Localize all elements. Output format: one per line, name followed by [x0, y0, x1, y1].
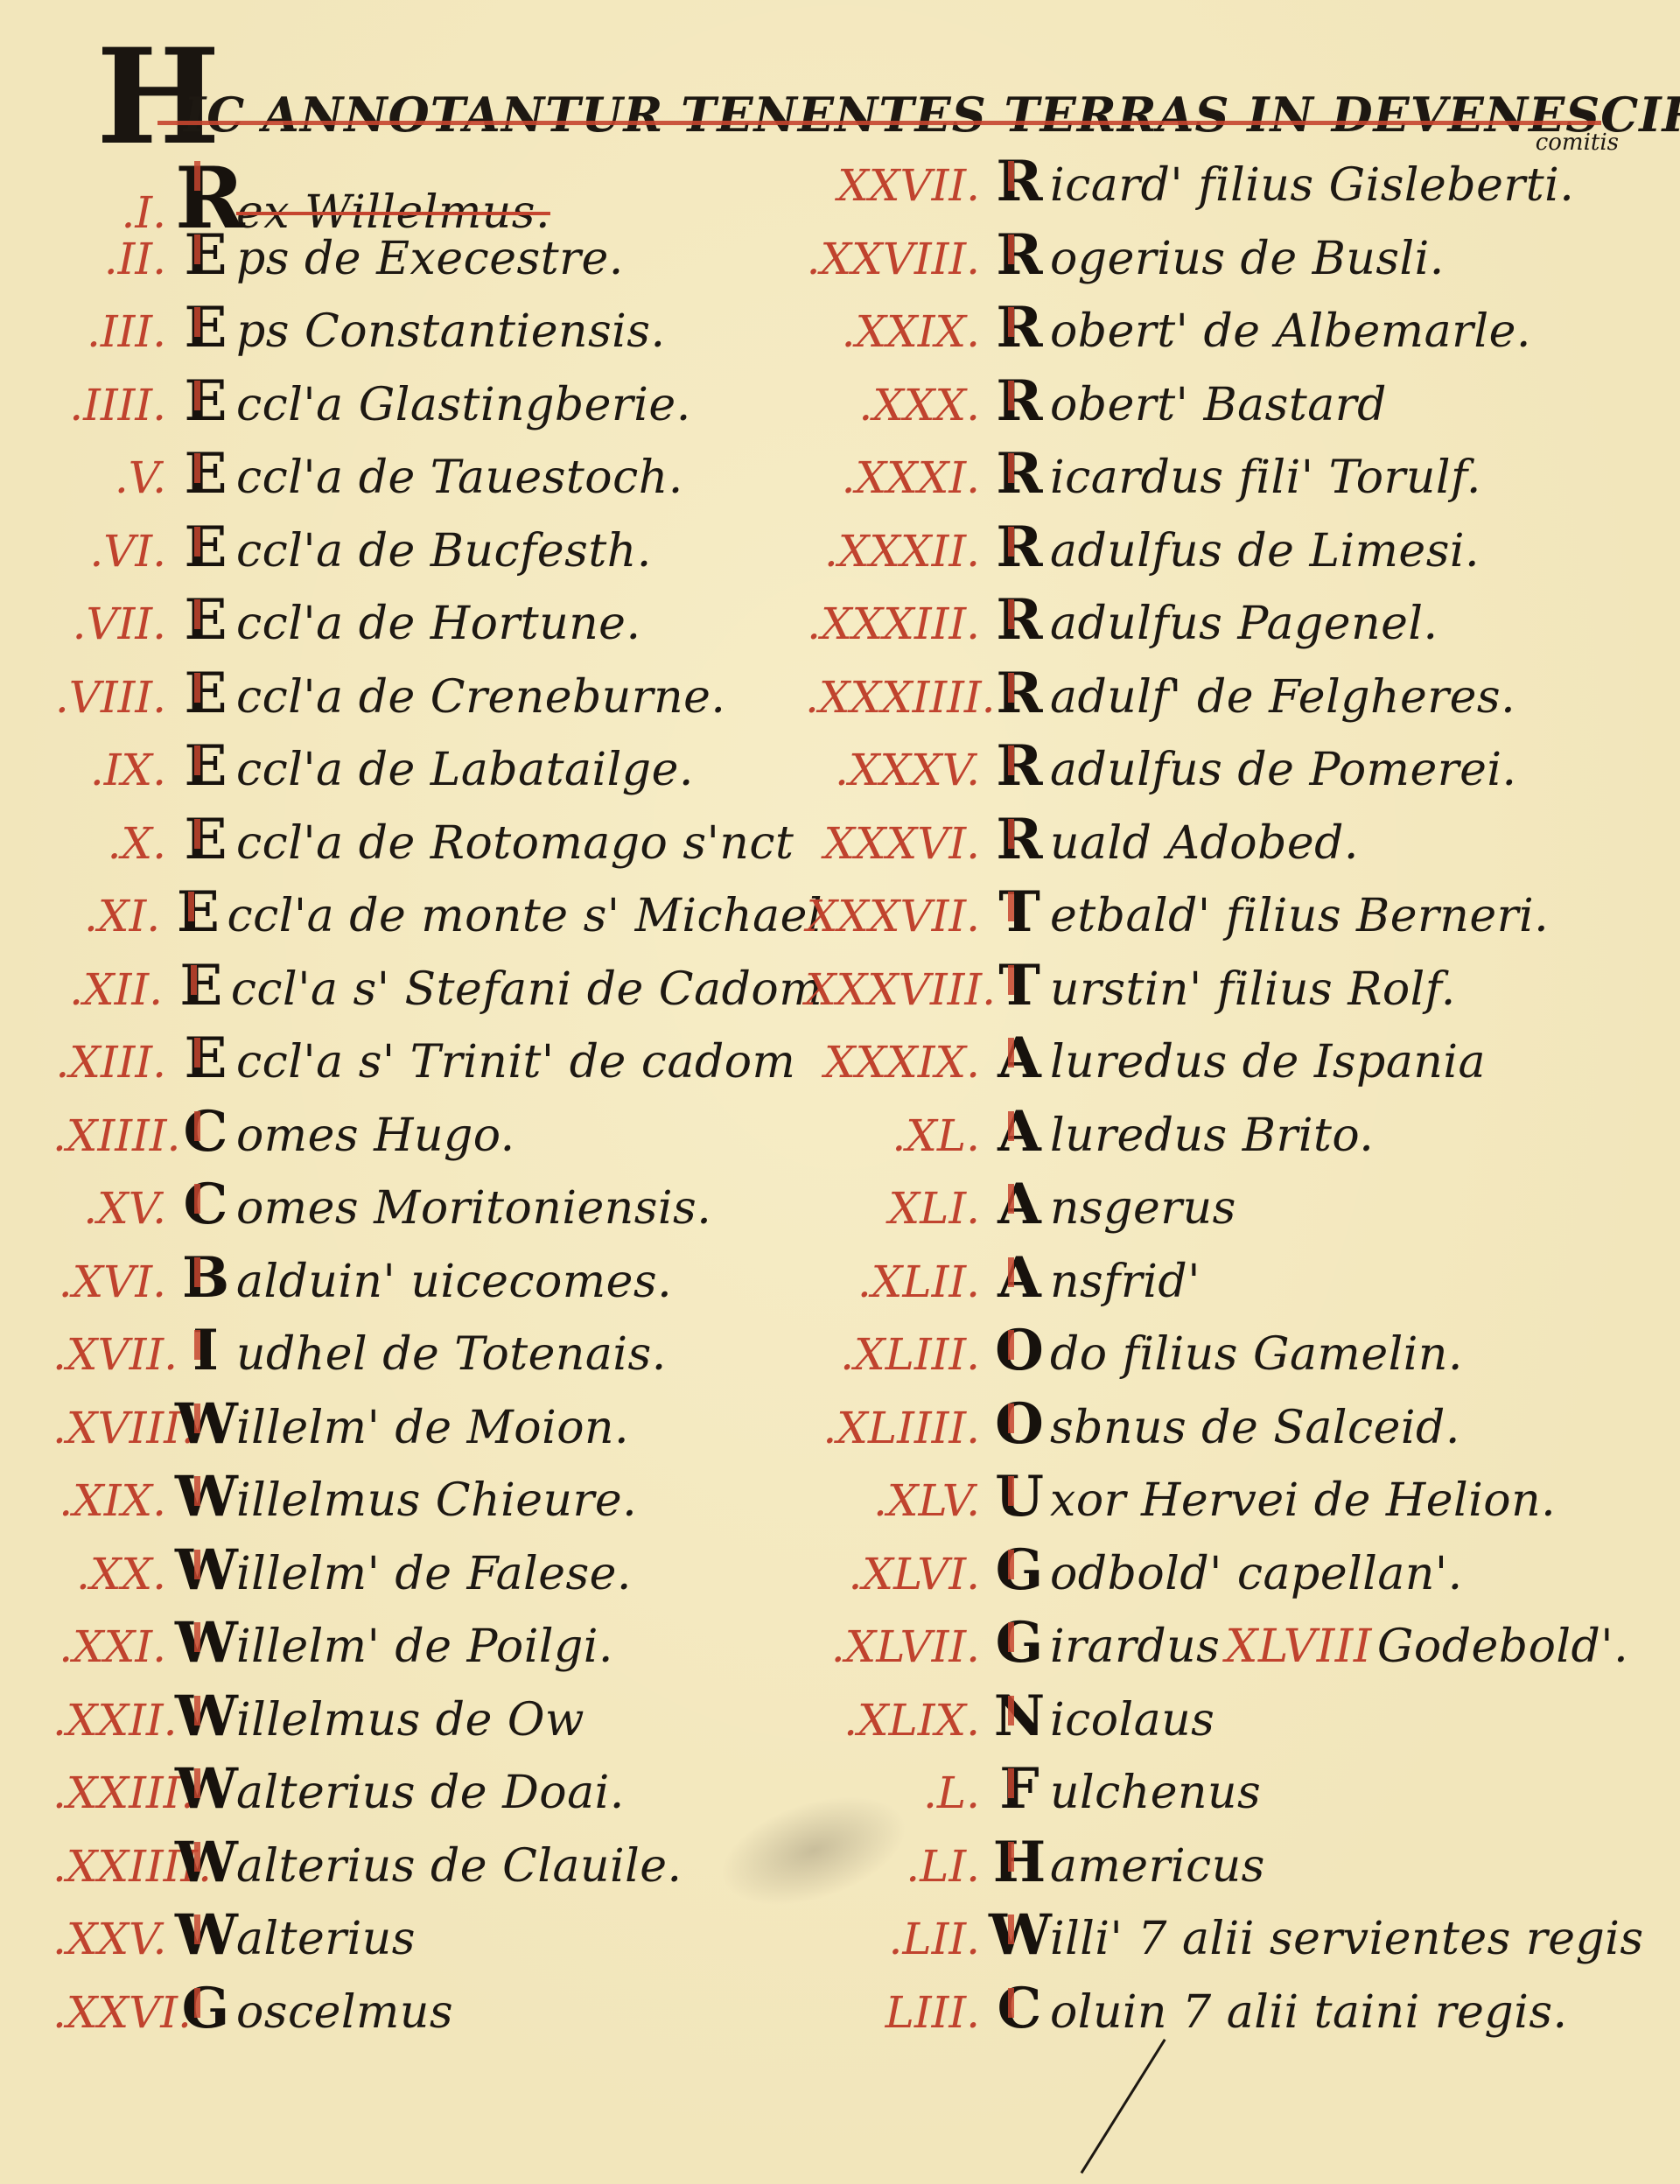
initial-letter: O — [989, 1318, 1050, 1383]
tenant-name: luredus de Ispania — [1050, 1036, 1486, 1088]
initial-letter: E — [175, 514, 236, 580]
tenant-name: alterius — [236, 1913, 416, 1965]
tenant-name: adulfus de Limesi. — [1050, 525, 1480, 577]
list-entry: XXXVII.Tetbald' filius Berneri. — [805, 879, 1645, 953]
roman-numeral: .III. — [52, 306, 175, 357]
tenant-name: illelm' de Moion. — [236, 1402, 629, 1454]
list-entry: .XII.Eccl'a s' Stefani de Cadom — [52, 953, 822, 1026]
tenant-name-secondary: Godebold'. — [1377, 1620, 1628, 1673]
list-entry: .XIII.Eccl'a s' Trinit' de cadom — [52, 1025, 822, 1099]
initial-letter: G — [175, 1976, 236, 2041]
list-entry: .XL.Aluredus Brito. — [805, 1099, 1645, 1172]
tenant-name: ccl'a de Bucfesth. — [236, 525, 652, 577]
tenant-name: urstin' filius Rolf. — [1050, 963, 1456, 1016]
right-column: XXVII.Ricard' filius Gisleberti.comitis.… — [805, 149, 1645, 2048]
list-entry: .VIII.Eccl'a de Creneburne. — [52, 661, 822, 734]
roman-numeral: .XXXII. — [805, 526, 989, 577]
initial-letter: R — [989, 587, 1050, 653]
roman-numeral: .VII. — [52, 598, 175, 649]
list-entry: .XLVII.GirardusXLVIIIGodebold'. — [805, 1610, 1645, 1683]
tenant-name: odbold' capellan'. — [1050, 1548, 1463, 1600]
initial-letter: A — [989, 1099, 1050, 1165]
list-entry: .XV.Comes Moritoniensis. — [52, 1172, 822, 1245]
tenant-name: ccl'a s' Stefani de Cadom — [231, 963, 822, 1016]
list-entry: .XXXIIII.Radulf' de Felgheres. — [805, 661, 1645, 734]
list-entry: .III.Eps Constantiensis. — [52, 295, 822, 368]
initial-letter: R — [989, 149, 1050, 214]
list-entry: .XLIIII.Osbnus de Salceid. — [805, 1391, 1645, 1465]
tenant-name: adulf' de Felgheres. — [1050, 671, 1515, 724]
roman-numeral: .II. — [52, 234, 175, 284]
roman-numeral: .XXI. — [52, 1621, 175, 1672]
list-entry: .XXXII.Radulfus de Limesi. — [805, 514, 1645, 588]
tenant-name: icardus fili' Torulf. — [1050, 451, 1481, 504]
list-entry: .XI.Eccl'a de monte s' Michael — [52, 879, 822, 953]
list-entry: XXXVI.Ruald Adobed. — [805, 807, 1645, 880]
list-entry: .II.Eps de Execestre. — [52, 222, 822, 296]
initial-letter: W — [175, 1756, 236, 1822]
roman-numeral: .XXIII. — [52, 1767, 175, 1818]
tenant-name: do filius Gamelin. — [1050, 1328, 1463, 1381]
initial-letter: G — [989, 1537, 1050, 1603]
initial-letter: N — [989, 1683, 1050, 1749]
list-entry: .L.Fulchenus — [805, 1756, 1645, 1830]
initial-letter: C — [175, 1172, 236, 1237]
heading-text: ic annotantur tenentes terras in Devenes… — [184, 84, 1680, 145]
list-entry: .XLV.Uxor Hervei de Helion. — [805, 1464, 1645, 1537]
tenant-name: ps Constantiensis. — [236, 305, 665, 358]
initial-letter: T — [989, 953, 1050, 1018]
list-entry: XLI.Ansgerus — [805, 1172, 1645, 1245]
roman-numeral: .XXV. — [52, 1914, 175, 1964]
initial-letter: R — [989, 514, 1050, 580]
roman-numeral: .XVIII. — [52, 1403, 175, 1453]
roman-numeral: .XXIIII. — [52, 1841, 175, 1892]
tenant-name: nsfrid' — [1050, 1256, 1200, 1308]
superscript-gloss: comitis — [1536, 129, 1619, 156]
initial-letter: E — [175, 661, 236, 726]
roman-numeral: XXXIX. — [805, 1037, 989, 1088]
initial-letter: W — [989, 1902, 1050, 1968]
roman-numeral: .XXXIIII. — [805, 672, 989, 723]
tenant-name: sbnus de Salceid. — [1050, 1402, 1460, 1454]
list-entry: .X.Eccl'a de Rotomago s'nct — [52, 807, 822, 880]
roman-numeral: XXXVI. — [805, 818, 989, 869]
list-entry: .LII.Willi' 7 alii servientes regis — [805, 1902, 1645, 1976]
list-entry: .V.Eccl'a de Tauestoch. — [52, 441, 822, 514]
tenant-name: icard' filius Gisleberti. — [1050, 159, 1574, 212]
roman-numeral: .XIII. — [52, 1037, 175, 1088]
roman-numeral: .X. — [52, 818, 175, 869]
roman-numeral: LIII. — [805, 1987, 989, 2038]
initial-letter: E — [175, 1025, 236, 1091]
roman-numeral: .XVII. — [52, 1329, 175, 1380]
tenant-name: ps de Execestre. — [236, 233, 624, 285]
tenant-name: illelm' de Falese. — [236, 1548, 632, 1600]
initial-letter: O — [989, 1391, 1050, 1457]
initial-letter: E — [175, 441, 236, 507]
list-entry: .IIII.Eccl'a Glastingberie. — [52, 368, 822, 442]
roman-numeral: .XXXV. — [805, 745, 989, 795]
page-heading: H ic annotantur tenentes terras in Deven… — [87, 35, 1531, 140]
tenant-name: omes Moritoniensis. — [236, 1182, 711, 1235]
initial-letter: B — [175, 1245, 236, 1311]
roman-numeral: .XXIX. — [805, 306, 989, 357]
tenant-name: ogerius de Busli. — [1050, 233, 1445, 285]
list-entry: .XLII.Ansfrid' — [805, 1245, 1645, 1319]
list-entry: .XXX.Robert' Bastard — [805, 368, 1645, 442]
tenant-name: ulchenus — [1050, 1767, 1261, 1819]
initial-letter: W — [175, 1537, 236, 1603]
initial-letter: W — [175, 1464, 236, 1529]
list-entry: XXVII.Ricard' filius Gisleberti.comitis — [805, 149, 1645, 222]
tenant-name: irardus — [1050, 1620, 1220, 1673]
pen-stroke-mark — [1081, 2039, 1166, 2173]
roman-numeral: .XLVII. — [805, 1621, 989, 1672]
roman-numeral: .XLV. — [805, 1475, 989, 1526]
initial-letter: U — [989, 1464, 1050, 1529]
initial-letter: W — [175, 1683, 236, 1749]
roman-numeral: .XLIX. — [805, 1695, 989, 1746]
list-entry: XXXIX.Aluredus de Ispania — [805, 1025, 1645, 1099]
manuscript-page: H ic annotantur tenentes terras in Deven… — [0, 0, 1680, 2184]
tenant-name: obert' Bastard — [1050, 379, 1387, 431]
roman-numeral: .XVI. — [52, 1256, 175, 1307]
roman-numeral: .XIIII. — [52, 1110, 175, 1161]
left-column: .I.Rex Willelmus..II.Eps de Execestre..I… — [52, 149, 822, 2048]
tenant-name: illi' 7 alii servientes regis — [1050, 1913, 1644, 1965]
tenant-name: oluin 7 alii taini regis. — [1050, 1986, 1568, 2039]
initial-letter: A — [989, 1172, 1050, 1237]
roman-numeral: .XXX. — [805, 380, 989, 430]
roman-numeral: XXXVIII. — [805, 964, 989, 1015]
tenant-name: xor Hervei de Helion. — [1050, 1474, 1556, 1527]
roman-numeral: .XL. — [805, 1110, 989, 1161]
tenant-name: adulfus Pagenel. — [1050, 598, 1438, 650]
tenant-name: illelmus Chieure. — [236, 1474, 637, 1527]
roman-numeral: .XV. — [52, 1183, 175, 1234]
initial-letter: W — [175, 1830, 236, 1895]
tenant-name: ccl'a de Tauestoch. — [236, 451, 683, 504]
list-entry: .XIIII.Comes Hugo. — [52, 1099, 822, 1172]
list-entry: XXXVIII.Turstin' filius Rolf. — [805, 953, 1645, 1026]
list-entry: .XXXIII.Radulfus Pagenel. — [805, 587, 1645, 661]
roman-numeral: .XXVI. — [52, 1987, 175, 2038]
list-entry: .XXIII.Walterius de Doai. — [52, 1756, 822, 1830]
roman-numeral: .IX. — [52, 745, 175, 795]
roman-numeral: .XLIIII. — [805, 1403, 989, 1453]
list-entry: .XXIIII.Walterius de Clauile. — [52, 1830, 822, 1903]
list-entry: .XXV.Walterius — [52, 1902, 822, 1976]
initial-letter: G — [989, 1610, 1050, 1676]
list-entry: .XLIX.Nicolaus — [805, 1683, 1645, 1757]
tenant-name: oscelmus — [236, 1986, 453, 2039]
tenant-name: illelm' de Poilgi. — [236, 1620, 613, 1673]
initial-letter: W — [175, 1902, 236, 1968]
list-entry: .XIX.Willelmus Chieure. — [52, 1464, 822, 1537]
initial-letter: T — [989, 879, 1050, 945]
roman-numeral: .XIX. — [52, 1475, 175, 1526]
initial-letter: H — [989, 1830, 1050, 1895]
roman-numeral: .XLVI. — [805, 1549, 989, 1599]
initial-letter: E — [169, 879, 227, 945]
initial-letter: R — [989, 295, 1050, 360]
initial-letter: E — [175, 222, 236, 288]
initial-letter: R — [989, 661, 1050, 726]
tenant-name: americus — [1050, 1840, 1265, 1893]
tenant-name: ccl'a s' Trinit' de cadom — [236, 1036, 795, 1088]
initial-letter: E — [175, 587, 236, 653]
tenant-name: nsgerus — [1050, 1182, 1236, 1235]
roman-numeral: .VIII. — [52, 672, 175, 723]
tenant-name: uald Adobed. — [1050, 817, 1359, 870]
tenant-name: adulfus de Pomerei. — [1050, 744, 1517, 796]
list-entry: .XXXI.Ricardus fili' Torulf. — [805, 441, 1645, 514]
initial-letter: A — [989, 1025, 1050, 1091]
tenant-name: omes Hugo. — [236, 1109, 515, 1162]
roman-numeral: XXVII. — [805, 160, 989, 211]
initial-letter: E — [175, 368, 236, 434]
initial-letter: E — [175, 807, 236, 872]
list-entry: .XXXV.Radulfus de Pomerei. — [805, 733, 1645, 807]
roman-numeral: .IIII. — [52, 380, 175, 430]
roman-numeral: .VI. — [52, 526, 175, 577]
tenant-name: alduin' uicecomes. — [236, 1256, 672, 1308]
inline-roman-numeral: XLVIII — [1225, 1620, 1372, 1673]
initial-letter: R — [989, 807, 1050, 872]
roman-numeral: .XLIII. — [805, 1329, 989, 1380]
initial-letter: R — [989, 368, 1050, 434]
roman-numeral: .V. — [52, 452, 175, 503]
list-entry: .LI.Hamericus — [805, 1830, 1645, 1903]
list-entry: .XXIX.Robert' de Albemarle. — [805, 295, 1645, 368]
list-entry: .I.Rex Willelmus. — [52, 149, 822, 222]
roman-numeral: .XXXIII. — [805, 598, 989, 649]
list-entry: .XXVI.Goscelmus — [52, 1976, 822, 2049]
initial-letter: I — [175, 1318, 236, 1383]
roman-numeral: XXXVII. — [805, 891, 989, 941]
list-entry: .XXII.Willelmus de Ow — [52, 1683, 822, 1757]
list-entry: .XVII.Iudhel de Totenais. — [52, 1318, 822, 1391]
roman-numeral: .XX. — [52, 1549, 175, 1599]
roman-numeral: .XXVIII. — [805, 234, 989, 284]
initial-letter: E — [175, 295, 236, 360]
list-entry: .VII.Eccl'a de Hortune. — [52, 587, 822, 661]
roman-numeral: .XXII. — [52, 1695, 175, 1746]
tenant-name: ccl'a de Rotomago s'nct — [236, 817, 794, 870]
list-entry: .XLIII.Odo filius Gamelin. — [805, 1318, 1645, 1391]
tenant-name: alterius de Doai. — [236, 1767, 625, 1819]
tenant-name: udhel de Totenais. — [236, 1328, 667, 1381]
initial-letter: R — [989, 222, 1050, 288]
initial-letter: R — [989, 733, 1050, 799]
tenant-name: ccl'a de Labatailge. — [236, 744, 694, 796]
tenant-name: illelmus de Ow — [236, 1694, 584, 1746]
initial-letter: W — [175, 1391, 236, 1457]
initial-letter: A — [989, 1245, 1050, 1311]
initial-letter: R — [989, 441, 1050, 507]
initial-letter: F — [989, 1756, 1050, 1822]
list-entry: .XVI.Balduin' uicecomes. — [52, 1245, 822, 1319]
list-entry: .IX.Eccl'a de Labatailge. — [52, 733, 822, 807]
list-entry: .XX.Willelm' de Falese. — [52, 1537, 822, 1611]
list-entry: .XXVIII.Rogerius de Busli. — [805, 222, 1645, 296]
list-entry: .XLVI.Godbold' capellan'. — [805, 1537, 1645, 1611]
tenant-name: icolaus — [1050, 1694, 1214, 1746]
list-entry: .XXI.Willelm' de Poilgi. — [52, 1610, 822, 1683]
tenant-name: etbald' filius Berneri. — [1050, 890, 1549, 942]
roman-numeral: .XI. — [52, 891, 169, 941]
list-entry: .XVIII.Willelm' de Moion. — [52, 1391, 822, 1465]
roman-numeral: .XXXI. — [805, 452, 989, 503]
initial-letter: C — [989, 1976, 1050, 2041]
tenant-name: obert' de Albemarle. — [1050, 305, 1531, 358]
roman-numeral: .XII. — [52, 964, 171, 1015]
initial-letter: W — [175, 1610, 236, 1676]
tenant-name: ccl'a de monte s' Michael — [227, 890, 822, 942]
tenant-name: ccl'a de Hortune. — [236, 598, 640, 650]
roman-numeral: .LII. — [805, 1914, 989, 1964]
list-entry: .VI.Eccl'a de Bucfesth. — [52, 514, 822, 588]
heading-strike-line — [157, 121, 1601, 125]
tenant-name: ccl'a de Creneburne. — [236, 671, 725, 724]
roman-numeral: XLI. — [805, 1183, 989, 1234]
initial-letter: C — [175, 1099, 236, 1165]
tenant-name: ccl'a Glastingberie. — [236, 379, 691, 431]
initial-letter: E — [171, 953, 231, 1018]
list-entry: LIII.Coluin 7 alii taini regis. — [805, 1976, 1645, 2049]
initial-letter: E — [175, 733, 236, 799]
tenant-name: alterius de Clauile. — [236, 1840, 682, 1893]
tenant-name: luredus Brito. — [1050, 1109, 1374, 1162]
roman-numeral: .XLII. — [805, 1256, 989, 1307]
